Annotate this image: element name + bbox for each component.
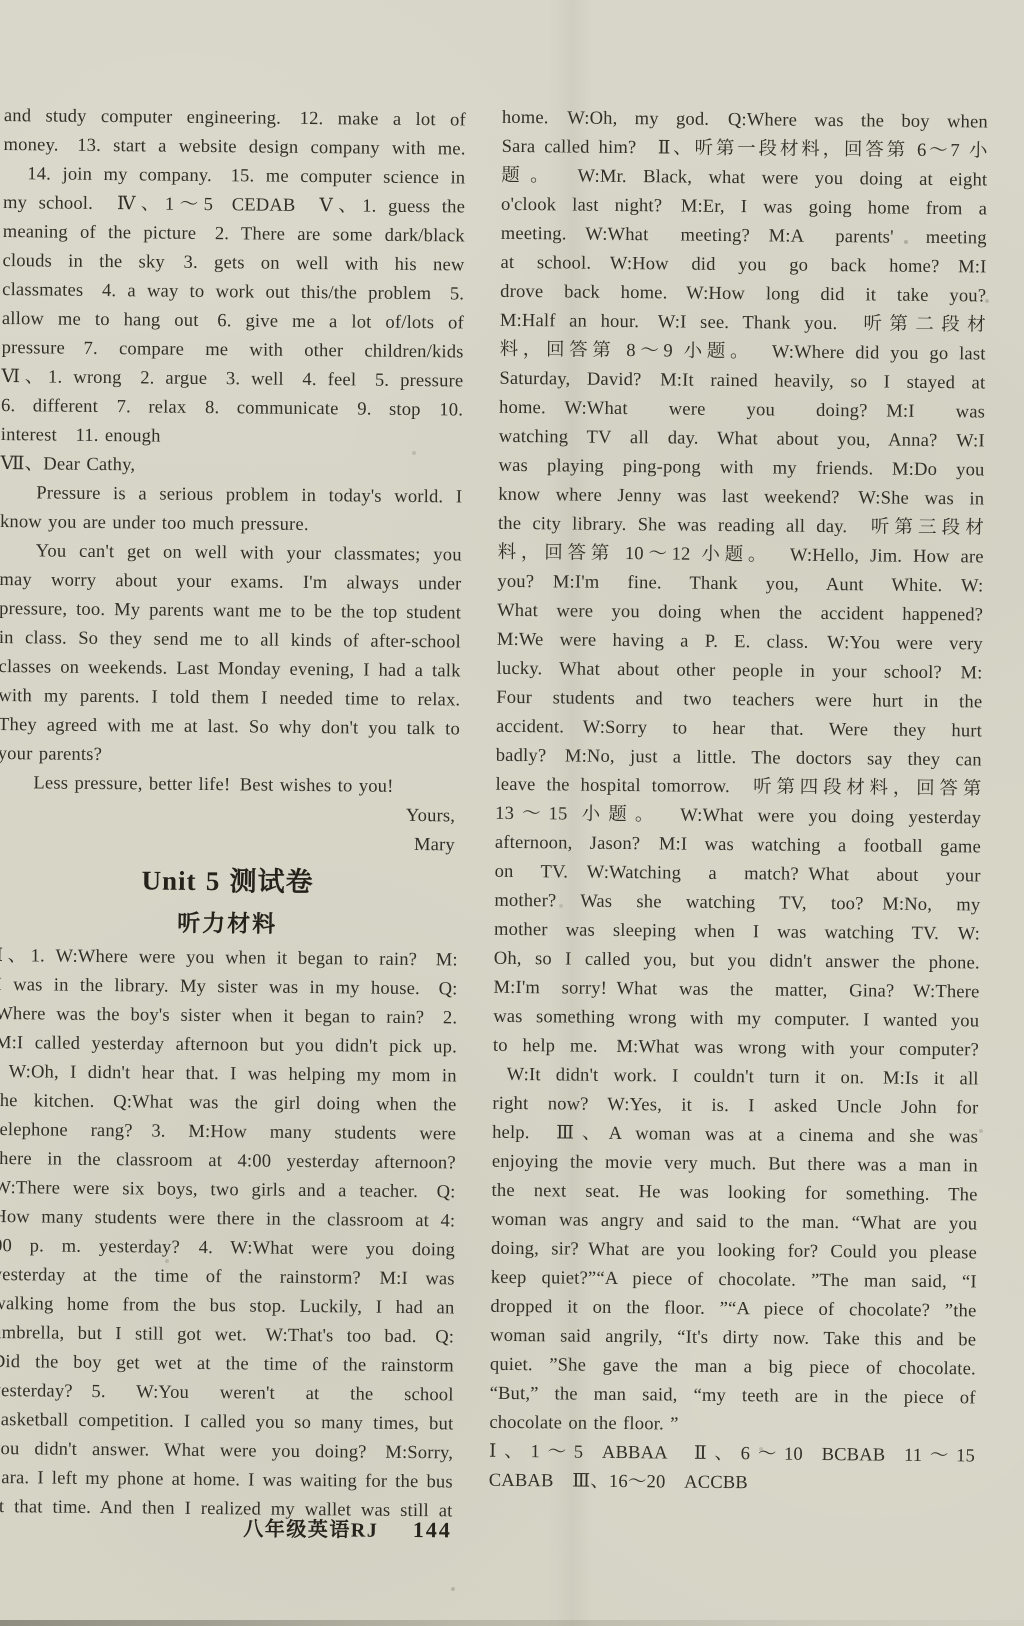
- text-line: Mary: [0, 827, 459, 860]
- text-line: was playing ping-pong with my friends. M…: [498, 452, 984, 486]
- text-line: with my parents. I told them I needed ti…: [0, 682, 460, 715]
- left-column: and study computer engineering. 12. make…: [0, 102, 466, 1526]
- text-line: you didn't answer. What were you doing? …: [0, 1435, 453, 1468]
- text-line: mother was sleeping when I was watching …: [494, 916, 980, 950]
- scanned-textbook-page: and study computer engineering. 12. make…: [0, 0, 1024, 1626]
- text-line: interest 11. enough: [1, 421, 463, 454]
- text-line: 14. join my company. 15. me computer sci…: [3, 160, 465, 193]
- text-line: accident. W:Sorry to hear that. Were the…: [496, 713, 982, 747]
- text-line: M:I'm sorry! What was the matter, Gina? …: [493, 974, 979, 1008]
- text-line: the next seat. He was looking for someth…: [491, 1177, 977, 1211]
- text-line: chocolate on the floor. ”: [489, 1409, 975, 1443]
- section-numeral: Ⅶ、: [0, 450, 43, 479]
- text-line: your parents?: [0, 740, 460, 773]
- text-line: Pressure is a serious problem in today's…: [0, 479, 462, 512]
- text-line: basketball competition. I called you so …: [0, 1406, 453, 1439]
- letter-salutation: Dear Cathy,: [43, 450, 462, 483]
- text-line: drove back home. W:How long did it take …: [500, 278, 986, 312]
- text-line: 13～15 小题。 W:What were you doing yesterda…: [495, 800, 981, 834]
- text-line: W:There were six boys, two girls and a t…: [0, 1174, 456, 1207]
- text-line: woman was angry and said to the man. “Wh…: [491, 1206, 977, 1240]
- text-line: leave the hospital tomorrow. 听第四段材料，回答第: [495, 771, 981, 805]
- text-line: umbrella, but I still got wet. W:That's …: [0, 1319, 454, 1352]
- text-line: classes on weekends. Last Monday evening…: [0, 653, 461, 686]
- text-line: on TV. W:Watching a match? What about yo…: [495, 858, 981, 892]
- text-line: What were you doing when the accident ha…: [497, 597, 983, 631]
- text-line: pressure, too. My parents want me to be …: [0, 595, 461, 628]
- text-line: Did the boy get wet at the time of the r…: [0, 1348, 454, 1381]
- text-line: quiet. ”She gave the man a big piece of …: [490, 1351, 976, 1385]
- text-line: They agreed with me at last. So why don'…: [0, 711, 460, 744]
- section-heading: 听力材料: [0, 902, 458, 946]
- text-line: telephone rang? 3. M:How many students w…: [0, 1116, 456, 1149]
- page-bottom-edge: [0, 1620, 1024, 1626]
- text-line: may worry about your exams. I'm always u…: [0, 566, 462, 599]
- text-line: Four students and two teachers were hurt…: [496, 684, 982, 718]
- text-line: Where was the boy's sister when it began…: [0, 1000, 457, 1033]
- text-line: woman said angrily, “It's dirty now. Tak…: [490, 1322, 976, 1356]
- text-line: M:Half an hour. W:I see. Thank you. 听第二段…: [500, 307, 986, 341]
- footer-page-number: 144: [413, 1517, 452, 1542]
- text-line: watching TV all day. What about you, Ann…: [499, 423, 985, 457]
- text-line: right now? W:Yes, it is. I asked Uncle J…: [492, 1090, 978, 1124]
- right-column: home. W:Oh, my god. Q:Where was the boy …: [489, 104, 988, 1501]
- text-line: M:I called yesterday afternoon but you d…: [0, 1029, 457, 1062]
- text-line: enjoying the movie very much. But there …: [492, 1148, 978, 1182]
- text-line: 料，回答第 10～12 小题。 W:Hello, Jim. How are: [498, 539, 984, 573]
- text-line: to help me. M:What was wrong with your c…: [493, 1032, 979, 1066]
- text-line: money. 13. start a website design compan…: [3, 131, 465, 164]
- text-line: Oh, so I called you, but you didn't answ…: [494, 945, 980, 979]
- text-line: afternoon, Jason? M:I was watching a foo…: [495, 829, 981, 863]
- text-line: “But,” the man said, “my teeth are in th…: [489, 1380, 975, 1414]
- text-line: allow me to hang out 6. give me a lot of…: [2, 305, 464, 338]
- page-footer: 八年级英语RJ 144: [243, 1512, 452, 1543]
- text-line: home. W:Oh, my god. Q:Where was the boy …: [502, 104, 988, 138]
- text-line: and study computer engineering. 12. make…: [4, 102, 466, 135]
- text-line: my school. Ⅳ、1～5 CEDAB Ⅴ、1. guess the: [3, 189, 465, 222]
- text-line: classmates 4. a way to work out this/the…: [2, 276, 464, 309]
- text-line: you? M:I'm fine. Thank you, Aunt White. …: [497, 568, 983, 602]
- text-line: Yours,: [0, 798, 459, 831]
- text-line: know where Jenny was last weekend? W:She…: [498, 481, 984, 515]
- text-line: at school. W:How did you go back home? M…: [500, 249, 986, 283]
- text-line: there in the classroom at 4:00 yesterday…: [0, 1145, 456, 1178]
- text-line: the kitchen. Q:What was the girl doing w…: [0, 1087, 457, 1120]
- text-line: yesterday at the time of the rainstorm? …: [0, 1261, 455, 1294]
- text-line: yesterday? 5. W:You weren't at the schoo…: [0, 1377, 454, 1410]
- text-line: 6. different 7. relax 8. communicate 9. …: [1, 392, 463, 425]
- text-line: Less pressure, better life! Best wishes …: [0, 769, 460, 802]
- text-line: I was in the library. My sister was in m…: [0, 971, 458, 1004]
- text-line: W:Oh, I didn't hear that. I was helping …: [0, 1058, 457, 1091]
- text-line: meaning of the picture 2. There are some…: [3, 218, 465, 251]
- text-line: You can't get on well with your classmat…: [0, 537, 462, 570]
- text-line: the city library. She was reading all da…: [498, 510, 984, 544]
- text-line: CABAB Ⅲ、16～20 ACCBB: [489, 1467, 975, 1501]
- text-line: M:We were having a P. E. class. W:You we…: [497, 626, 983, 660]
- text-line: Ⅰ、1. W:Where were you when it began to r…: [0, 942, 458, 975]
- text-line: Ⅰ、1～5 ABBAA Ⅱ、6～10 BCBAB 11～15: [489, 1438, 975, 1472]
- text-line: home. W:What were you doing? M:I was: [499, 394, 985, 428]
- text-line: dropped it on the floor. ”“A piece of ch…: [490, 1293, 976, 1327]
- text-line: lucky. What about other people in your s…: [496, 655, 982, 689]
- text-line: 料，回答第 8～9 小题。 W:Where did you go last: [500, 336, 986, 370]
- section-heading: Unit 5 测试卷: [0, 856, 459, 906]
- text-line: 题。 W:Mr. Black, what were you doing at e…: [501, 162, 987, 196]
- text-line: doing, sir? What are you looking for? Co…: [491, 1235, 977, 1269]
- text-line: meeting. W:What meeting? M:A parents' me…: [501, 220, 987, 254]
- footer-edition-label: RJ: [351, 1519, 379, 1541]
- text-line: Saturday, David? M:It rained heavily, so…: [499, 365, 985, 399]
- text-line: walking home from the bus stop. Luckily,…: [0, 1290, 455, 1323]
- text-line: know you are under too much pressure.: [0, 508, 462, 541]
- text-line: 00 p. m. yesterday? 4. W:What were you d…: [0, 1232, 455, 1265]
- text-line: How many students were there in the clas…: [0, 1203, 455, 1236]
- text-line: o'clook last night? M:Er, I was going ho…: [501, 191, 987, 225]
- text-line: mother? Was she watching TV, too? M:No, …: [494, 887, 980, 921]
- text-line: clouds in the sky 3. gets on well with h…: [2, 247, 464, 280]
- text-line: W:It didn't work. I couldn't turn it on.…: [493, 1061, 979, 1095]
- text-line: pressure 7. compare me with other childr…: [2, 334, 464, 367]
- footer-subject-label: 八年级英语: [243, 1518, 351, 1541]
- text-line: Ⅵ、1. wrong 2. argue 3. well 4. feel 5. p…: [1, 363, 463, 396]
- text-line: Sara. I left my phone at home. I was wai…: [0, 1464, 453, 1497]
- page-content: and study computer engineering. 12. make…: [0, 0, 1024, 10]
- text-line: in class. So they send me to all kinds o…: [0, 624, 461, 657]
- text-line: Sara called him? Ⅱ、听第一段材料，回答第 6～7 小: [501, 133, 987, 167]
- text-line: badly? M:No, just a little. The doctors …: [496, 742, 982, 776]
- text-line: help. Ⅲ、A woman was at a cinema and she …: [492, 1119, 978, 1153]
- text-line: keep quiet?”“A piece of chocolate. ”The …: [491, 1264, 977, 1298]
- salutation-line: Ⅶ、Dear Cathy,: [0, 450, 462, 483]
- text-line: was something wrong with my computer. I …: [493, 1003, 979, 1037]
- ink-specks: [0, 0, 2, 2]
